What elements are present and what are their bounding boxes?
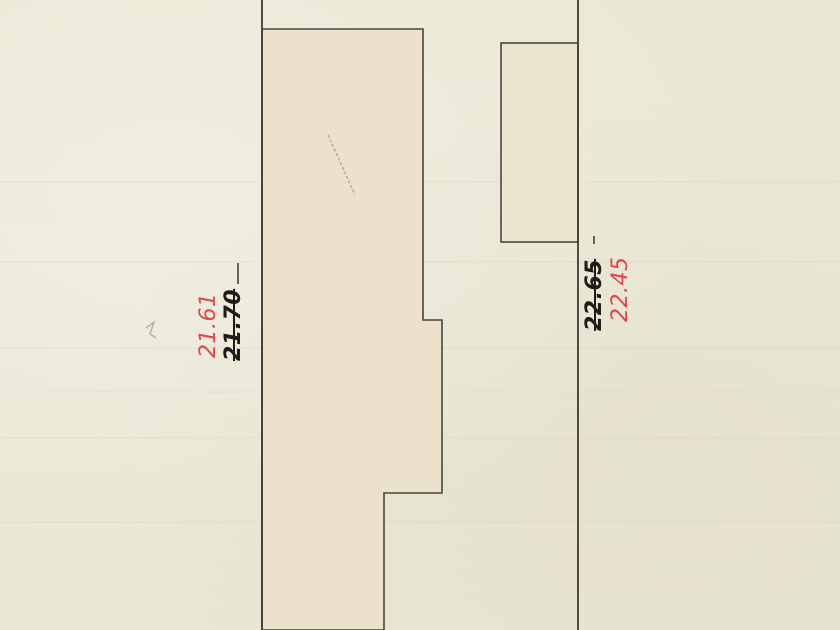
site-plan-drawing — [0, 0, 840, 630]
annex-rectangle — [501, 43, 578, 242]
right-original-elevation: 22.65 — [584, 259, 606, 331]
building-footprint — [262, 29, 442, 630]
left-revised-elevation: 21.61 — [198, 293, 220, 358]
site-plan-canvas: 21.61 21.70 22.65 22.45 — [0, 0, 840, 630]
smudge-mark — [146, 322, 156, 338]
right-revised-elevation: 22.45 — [610, 257, 632, 322]
left-original-elevation: 21.70 — [223, 289, 245, 361]
